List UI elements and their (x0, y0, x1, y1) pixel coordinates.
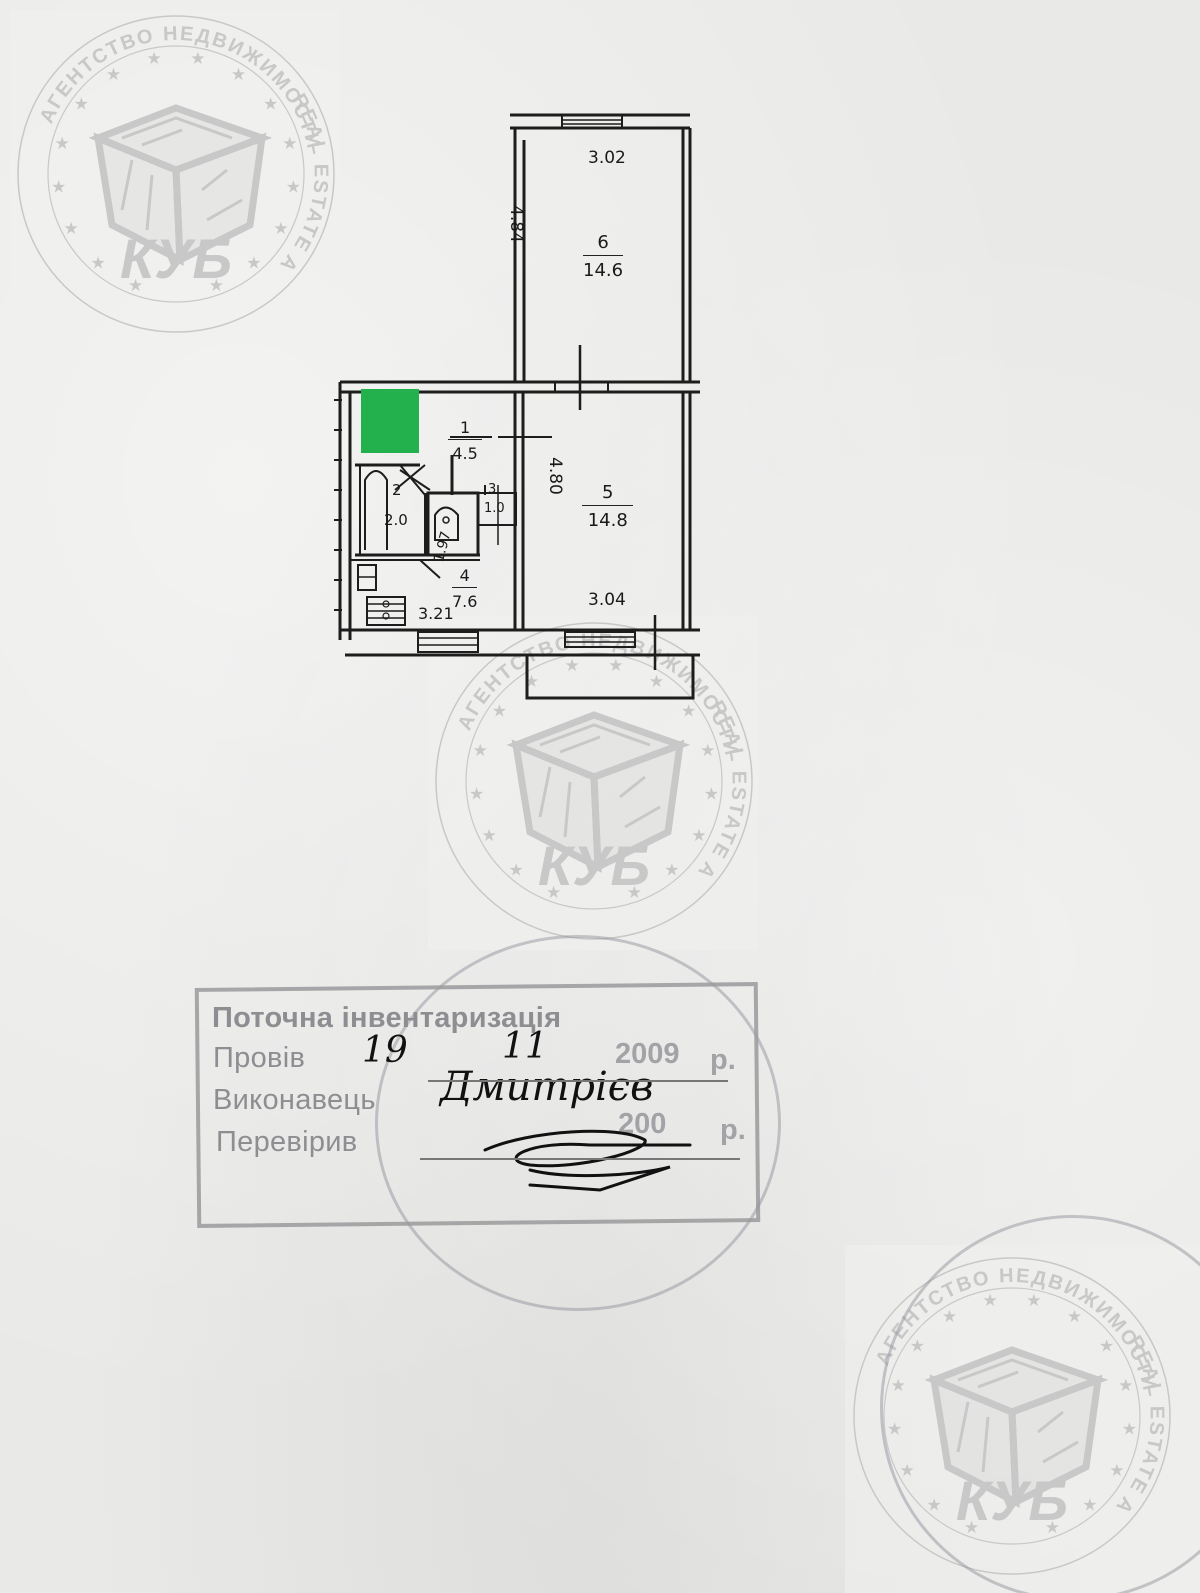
svg-text:★: ★ (147, 49, 162, 68)
svg-text:★: ★ (664, 861, 679, 880)
svg-text:★: ★ (55, 134, 70, 153)
room-2-area: 2.0 (384, 513, 408, 528)
signature-line (420, 1158, 740, 1160)
stamp-row1-suffix: р. (710, 1044, 736, 1077)
svg-text:★: ★ (286, 177, 301, 196)
watermark-logo: АГЕНТСТВО НЕДВИЖИМОСТИ REAL ESTATE AGENC… (12, 10, 340, 338)
room-3-area: 1.0 (484, 502, 505, 515)
svg-text:★: ★ (681, 702, 696, 721)
svg-text:★: ★ (74, 95, 89, 114)
checker-signature-scribble (470, 1105, 710, 1195)
signature-line (428, 1080, 728, 1082)
svg-text:★: ★ (482, 826, 497, 845)
svg-text:★: ★ (263, 95, 278, 114)
svg-text:★: ★ (492, 702, 507, 721)
svg-text:★: ★ (691, 826, 706, 845)
dim-room5-length: 4.80 (546, 457, 563, 495)
svg-text:★: ★ (700, 741, 715, 760)
svg-text:★: ★ (51, 177, 66, 196)
dim-room6-width: 3.02 (588, 150, 626, 167)
svg-text:★: ★ (273, 219, 288, 238)
stamp-row1-label: Провів (213, 1042, 305, 1075)
stamp-row3-label: Перевірив (216, 1126, 358, 1159)
room-6-label: 6 14.6 (583, 232, 623, 281)
svg-text:★: ★ (231, 65, 246, 84)
svg-text:★: ★ (473, 741, 488, 760)
svg-text:★: ★ (90, 254, 105, 273)
svg-text:★: ★ (64, 219, 79, 238)
highlight-marker (361, 389, 419, 453)
svg-text:★: ★ (246, 254, 261, 273)
handwritten-signature: Дмитрієв (440, 1064, 653, 1110)
room-4-label: 4 7.6 (452, 566, 477, 611)
stamp-row2-label: Виконавець (213, 1084, 376, 1117)
svg-text:★: ★ (508, 861, 523, 880)
room-2-number: 2 (392, 483, 402, 498)
svg-text:★: ★ (704, 784, 719, 803)
svg-text:★: ★ (282, 134, 297, 153)
handwritten-day: 19 (362, 1030, 408, 1071)
handwritten-month: 11 (502, 1026, 548, 1067)
room-1-label: 1 4.5 (448, 418, 482, 463)
dim-room5-width: 3.04 (588, 592, 626, 609)
svg-text:КУБ: КУБ (538, 834, 650, 897)
room-3-number: 3 (488, 483, 496, 496)
svg-text:★: ★ (469, 784, 484, 803)
svg-text:★: ★ (190, 49, 205, 68)
svg-text:★: ★ (106, 65, 121, 84)
room-5-label: 5 14.8 (582, 482, 633, 531)
dim-room6-length: 4.84 (507, 205, 524, 243)
stamp-row3-suffix: р. (720, 1114, 746, 1147)
svg-text:КУБ: КУБ (120, 227, 232, 290)
dim-kitchen-width: 3.21 (418, 606, 454, 622)
